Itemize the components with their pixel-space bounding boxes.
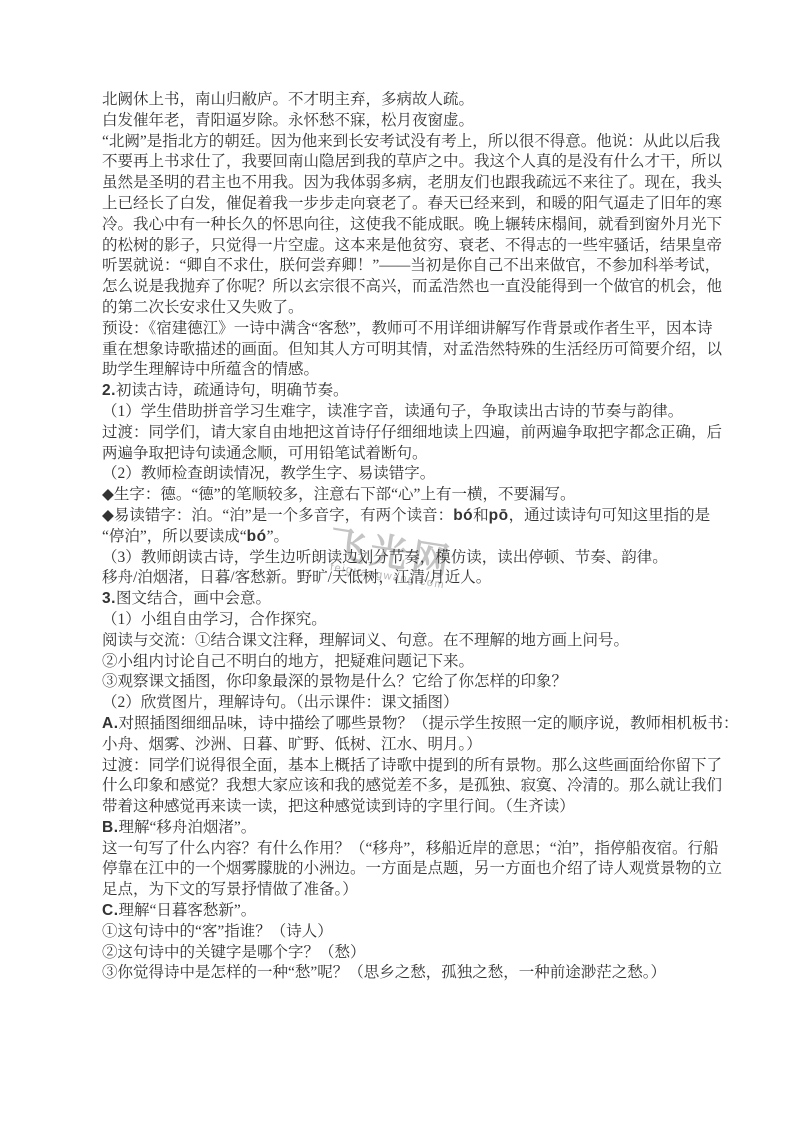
text-line: 的第二次长安求仕又失败了。	[102, 298, 698, 319]
text-segment: 北阙休上书，南山归敝庐。不才明主弃，多病故人疏。	[102, 91, 474, 108]
text-segment-bold: 2.	[102, 382, 116, 399]
text-segment: 移舟/泊烟渚，日暮/客愁新。野旷/天低树，江清/月近人。	[102, 569, 491, 586]
text-segment: （1）学生借助拼音学习生难字，读准字音，读通句子，争取读出古诗的节奏与韵律。	[102, 403, 683, 420]
document-body: 北阙休上书，南山归敝庐。不才明主弃，多病故人疏。白发催年老，青阳逼岁除。永怀愁不…	[102, 90, 698, 984]
text-segment: “北阙”是指北方的朝廷。因为他来到长安考试没有考上，所以很不得意。他说：从此以后…	[102, 133, 720, 150]
text-line: 白发催年老，青阳逼岁除。永怀愁不寐，松月夜窗虚。	[102, 111, 698, 132]
text-segment: ◆易读错字：泊。“泊”是一个多音字，有两个读音：	[102, 507, 453, 524]
text-line: 移舟/泊烟渚，日暮/客愁新。野旷/天低树，江清/月近人。	[102, 568, 698, 589]
text-line: 小舟、烟雾、沙洲、日暮、旷野、低树、江水、明月。）	[102, 735, 698, 756]
text-line: B.理解“移舟泊烟渚”。	[102, 818, 698, 839]
text-segment: ，通过读诗句可知这里指的是	[509, 507, 711, 524]
document-page: { "page": { "background_color": "#ffffff…	[0, 0, 793, 1122]
text-segment: ③你觉得诗中是怎样的一种“愁”呢？（思乡之愁，孤独之愁，一种前途渺茫之愁。）	[102, 964, 666, 981]
text-line: 听罢就说：“卿自不求仕，朕何尝弃卿！”——当初是你自己不出来做官，不参加科举考试…	[102, 256, 698, 277]
text-segment: 停靠在江中的一个烟雾朦胧的小洲边。一方面是点题，另一方面也介绍了诗人观赏景物的立	[102, 860, 722, 877]
text-line: ②这句诗中的关键字是哪个字？（愁）	[102, 943, 698, 964]
text-segment: 预设：《宿建德江》一诗中满含“客愁”，教师可不用详细讲解写作背景或作者生平，因本…	[102, 320, 713, 337]
text-segment: ②这句诗中的关键字是哪个字？（愁）	[102, 944, 366, 961]
text-line: 3.图文结合，画中会意。	[102, 589, 698, 610]
page-background: 飞光网 feiguangwang.com 北阙休上书，南山归敝庐。不才明主弃，多…	[0, 0, 793, 1122]
text-segment: （3）教师朗读古诗，学生边听朗读边划分节奏，模仿读，读出停顿、节奏、韵律。	[102, 549, 668, 566]
text-line: 阅读与交流：①结合课文注释，理解词义、句意。在不理解的地方画上问号。	[102, 631, 698, 652]
text-segment: 小舟、烟雾、沙洲、日暮、旷野、低树、江水、明月。）	[102, 736, 482, 753]
text-line: ②小组内讨论自己不明白的地方，把疑难问题记下来。	[102, 652, 698, 673]
text-line: （2）欣赏图片，理解诗句。（出示课件：课文插图）	[102, 693, 698, 714]
text-segment: （1）小组自由学习，合作探究。	[102, 611, 327, 628]
text-segment-bold: A.	[102, 715, 119, 732]
text-segment-bold: B.	[102, 819, 119, 836]
text-segment: 图文结合，画中会意。	[116, 590, 271, 607]
text-segment: 初读古诗，疏通诗句，明确节奏。	[116, 382, 349, 399]
text-segment-bold: 3.	[102, 590, 116, 607]
text-segment: 对照插图细细品味，诗中描绘了哪些景物？（提示学生按照一定的顺序说，教师相机板书：	[119, 715, 739, 732]
text-segment: 足点，为下文的写景抒情做了准备。）	[102, 881, 358, 898]
text-segment: 白发催年老，青阳逼岁除。永怀愁不寐，松月夜窗虚。	[102, 112, 474, 129]
text-line: 不要再上书求仕了，我要回南山隐居到我的草庐之中。我这个人真的是没有什么才干，所以	[102, 152, 698, 173]
text-segment-bold: pō	[489, 507, 509, 524]
text-segment: 带着这种感觉再来读一读，把这种感觉读到诗的字里行间。（生齐读）	[102, 798, 575, 815]
text-line: 这一句写了什么内容？有什么作用？（“移舟”，移船近岸的意思；“泊”，指停船夜宿。…	[102, 839, 698, 860]
text-line: 重在想象诗歌描述的画面。但知其人方可明其情，对孟浩然特殊的生活经历可简要介绍，以	[102, 340, 698, 361]
text-segment: 过渡：同学们，请大家自由地把这首诗仔仔细细地读上四遍，前两遍争取把字都念正确，后	[102, 424, 722, 441]
text-segment: ”。	[267, 528, 289, 545]
text-segment: 过渡：同学们说得很全面，基本上概括了诗歌中提到的所有景物。那么这些画面给你留下了	[102, 757, 722, 774]
text-line: ③观察课文插图，你印象最深的景物是什么？它给了你怎样的印象？	[102, 672, 698, 693]
text-segment: ③观察课文插图，你印象最深的景物是什么？它给了你怎样的印象？	[102, 673, 567, 690]
text-line: 两遍争取把诗句读通念顺，可用铅笔试着断句。	[102, 444, 698, 465]
text-segment: （2）欣赏图片，理解诗句。（出示课件：课文插图）	[102, 694, 459, 711]
text-line: C.理解“日暮客愁新”。	[102, 901, 698, 922]
text-segment: “停泊”，所以要读成“	[102, 528, 247, 545]
text-line: ③你觉得诗中是怎样的一种“愁”呢？（思乡之愁，孤独之愁，一种前途渺茫之愁。）	[102, 963, 698, 984]
text-segment: 听罢就说：“卿自不求仕，朕何尝弃卿！”——当初是你自己不出来做官，不参加科举考试…	[102, 257, 720, 274]
text-segment-bold: bó	[453, 507, 473, 524]
text-segment-bold: C.	[102, 902, 119, 919]
text-segment: 重在想象诗歌描述的画面。但知其人方可明其情，对孟浩然特殊的生活经历可简要介绍，以	[102, 341, 722, 358]
text-line: 上已经长了白发，催促着我一步步走向衰老了。春天已经来到，和暖的阳气逼走了旧年的寒	[102, 194, 698, 215]
text-line: 什么印象和感觉？我想大家应该和我的感觉差不多，是孤独、寂寞、冷清的。那么就让我们	[102, 776, 698, 797]
text-line: “停泊”，所以要读成“bó”。	[102, 527, 698, 548]
text-line: ◆生字：德。“德”的笔顺较多，注意右下部“心”上有一横，不要漏写。	[102, 485, 698, 506]
text-line: ①这句诗中的“客”指谁？（诗人）	[102, 922, 698, 943]
text-segment: 这一句写了什么内容？有什么作用？（“移舟”，移船近岸的意思；“泊”，指停船夜宿。…	[102, 840, 719, 857]
text-line: 的松树的影子，只觉得一片空虚。这本来是他贫穷、衰老、不得志的一些牢骚话，结果皇帝	[102, 236, 698, 257]
text-line: “北阙”是指北方的朝廷。因为他来到长安考试没有考上，所以很不得意。他说：从此以后…	[102, 132, 698, 153]
text-line: （3）教师朗读古诗，学生边听朗读边划分节奏，模仿读，读出停顿、节奏、韵律。	[102, 548, 698, 569]
text-segment: 阅读与交流：①结合课文注释，理解词义、句意。在不理解的地方画上问号。	[102, 632, 629, 649]
text-segment: 上已经长了白发，催促着我一步步走向衰老了。春天已经来到，和暖的阳气逼走了旧年的寒	[102, 195, 722, 212]
text-line: 过渡：同学们，请大家自由地把这首诗仔仔细细地读上四遍，前两遍争取把字都念正确，后	[102, 423, 698, 444]
text-line: A.对照插图细细品味，诗中描绘了哪些景物？（提示学生按照一定的顺序说，教师相机板…	[102, 714, 698, 735]
text-line: 预设：《宿建德江》一诗中满含“客愁”，教师可不用详细讲解写作背景或作者生平，因本…	[102, 319, 698, 340]
text-line: 过渡：同学们说得很全面，基本上概括了诗歌中提到的所有景物。那么这些画面给你留下了	[102, 756, 698, 777]
text-segment: 虽然是圣明的君主也不用我。因为我体弱多病，老朋友们也跟我疏远不来往了。现在，我头	[102, 174, 722, 191]
text-line: （1）学生借助拼音学习生难字，读准字音，读通句子，争取读出古诗的节奏与韵律。	[102, 402, 698, 423]
text-line: 带着这种感觉再来读一读，把这种感觉读到诗的字里行间。（生齐读）	[102, 797, 698, 818]
text-segment-bold: bó	[247, 528, 267, 545]
text-segment: 助学生理解诗中所蕴含的情感。	[102, 361, 319, 378]
text-segment: ②小组内讨论自己不明白的地方，把疑难问题记下来。	[102, 653, 474, 670]
text-segment: ◆生字：德。“德”的笔顺较多，注意右下部“心”上有一横，不要漏写。	[102, 486, 575, 503]
text-line: 虽然是圣明的君主也不用我。因为我体弱多病，老朋友们也跟我疏远不来往了。现在，我头	[102, 173, 698, 194]
text-line: 怎么说是我抛弃了你呢？所以玄宗很不高兴，而孟浩然也一直没能得到一个做官的机会，他	[102, 277, 698, 298]
text-line: 足点，为下文的写景抒情做了准备。）	[102, 880, 698, 901]
text-segment: 理解“日暮客愁新”。	[119, 902, 257, 919]
text-segment: 理解“移舟泊烟渚”。	[119, 819, 257, 836]
text-line: 冷。我心中有一种长久的怀思向往，这使我不能成眠。晚上辗转床榻间，就看到窗外月光下	[102, 215, 698, 236]
text-segment: 的第二次长安求仕又失败了。	[102, 299, 304, 316]
text-segment: 和	[473, 507, 489, 524]
text-line: （2）教师检查朗读情况，教学生字、易读错字。	[102, 464, 698, 485]
text-line: （1）小组自由学习，合作探究。	[102, 610, 698, 631]
text-segment: （2）教师检查朗读情况，教学生字、易读错字。	[102, 465, 435, 482]
text-segment: 的松树的影子，只觉得一片空虚。这本来是他贫穷、衰老、不得志的一些牢骚话，结果皇帝	[102, 237, 722, 254]
text-segment: 什么印象和感觉？我想大家应该和我的感觉差不多，是孤独、寂寞、冷清的。那么就让我们	[102, 777, 722, 794]
text-segment: 冷。我心中有一种长久的怀思向往，这使我不能成眠。晚上辗转床榻间，就看到窗外月光下	[102, 216, 722, 233]
text-segment: ①这句诗中的“客”指谁？（诗人）	[102, 923, 333, 940]
text-segment: 两遍争取把诗句读通念顺，可用铅笔试着断句。	[102, 445, 428, 462]
text-line: 助学生理解诗中所蕴含的情感。	[102, 360, 698, 381]
text-segment: 不要再上书求仕了，我要回南山隐居到我的草庐之中。我这个人真的是没有什么才干，所以	[102, 153, 722, 170]
text-line: 停靠在江中的一个烟雾朦胧的小洲边。一方面是点题，另一方面也介绍了诗人观赏景物的立	[102, 859, 698, 880]
text-line: 北阙休上书，南山归敝庐。不才明主弃，多病故人疏。	[102, 90, 698, 111]
text-line: ◆易读错字：泊。“泊”是一个多音字，有两个读音：bó和pō，通过读诗句可知这里指…	[102, 506, 698, 527]
text-line: 2.初读古诗，疏通诗句，明确节奏。	[102, 381, 698, 402]
text-segment: 怎么说是我抛弃了你呢？所以玄宗很不高兴，而孟浩然也一直没能得到一个做官的机会，他	[102, 278, 722, 295]
